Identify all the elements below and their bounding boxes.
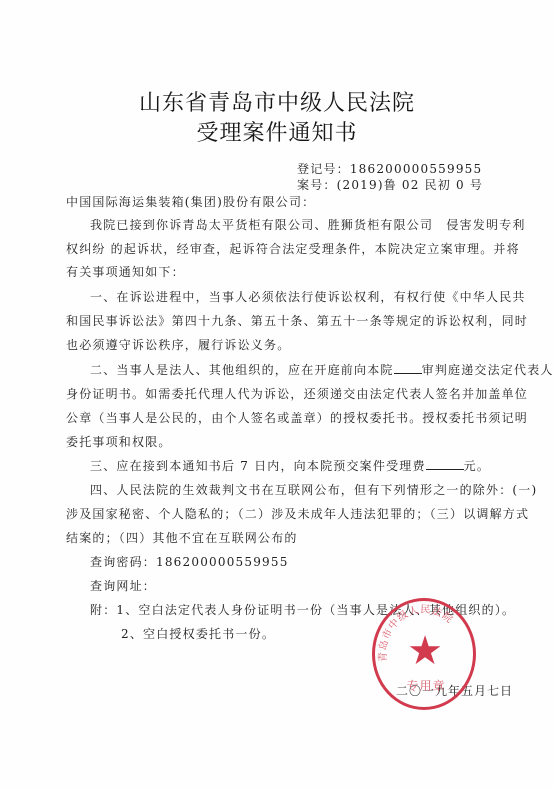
court-notice-page: 山东省青岛市中级人民法院 受理案件通知书 登记号：186200000559955… xyxy=(0,0,554,790)
item2-line-4: 委托事项和权限。 xyxy=(66,433,172,450)
item4-line-3: 结案的；（四）其他不宜在互联网公布的 xyxy=(66,529,298,546)
item1-line-2: 和国民事诉讼法》第四十九条、第五十条、第五十一条等规定的诉讼权利，同时 xyxy=(66,312,528,329)
court-division-blank xyxy=(394,362,422,374)
case-value: (2019)鲁 02 民初 0 号 xyxy=(337,178,483,192)
item2-line-3: 公章（当事人是公民的，由个人签名或盖章）的授权委托书。授权委托书须记明 xyxy=(66,409,528,426)
star-icon: ★ xyxy=(403,629,447,673)
intro-line-2: 权纠纷 的起诉状，经审查，起诉符合法定受理条件，本院决定立案审理。并将 xyxy=(66,240,520,257)
query-password-label: 查询密码： xyxy=(90,555,156,569)
item3-text-after: 元。 xyxy=(464,459,490,473)
item2-text-after: 审判庭递交法定代表人 xyxy=(422,363,554,377)
intro-line-3: 有关事项通知如下： xyxy=(66,263,185,280)
fee-amount-blank xyxy=(426,458,464,470)
intro-line-1: 我院已接到你诉青岛太平货柜有限公司、胜狮货柜有限公司 侵害发明专利 xyxy=(90,216,526,233)
registration-number: 登记号：186200000559955 xyxy=(297,160,482,177)
court-seal-stamp: 青岛市中级人民法院 ★ 专用章 xyxy=(372,598,476,710)
case-label: 案号： xyxy=(297,178,337,192)
item4-line-1: 四、人民法院的生效裁判文书在互联网公布，但有下列情形之一的除外：(一) xyxy=(90,481,537,498)
item3-line: 三、应在接到本通知书后 7 日内，向本院预交案件受理费元。 xyxy=(90,457,490,474)
registration-label: 登记号： xyxy=(297,162,350,176)
item2-text-before: 二、当事人是法人、其他组织的，应在开庭前向本院 xyxy=(90,363,394,377)
case-number: 案号：(2019)鲁 02 民初 0 号 xyxy=(297,176,483,193)
addressee: 中国国际海运集装箱(集团)股份有限公司： xyxy=(66,193,315,210)
item1-line-3: 也必须遵守诉讼秩序，履行诉讼义务。 xyxy=(66,336,290,353)
attachment-2: 2、空白授权委托书一份。 xyxy=(121,625,275,642)
item4-line-2: 涉及国家秘密、个人隐私的；（二）涉及未成年人违法犯罪的；（三）以调解方式 xyxy=(66,505,529,522)
query-password-value: 186200000559955 xyxy=(156,555,289,569)
item2-line-1: 二、当事人是法人、其他组织的，应在开庭前向本院审判庭递交法定代表人 xyxy=(90,361,554,378)
item2-line-2: 身份证明书。如需委托代理人代为诉讼，还须递交由法定代表人签名并加盖单位 xyxy=(66,385,528,402)
item1-line-1: 一、在诉讼进程中，当事人必须依法行使诉讼权利，有权行使《中华人民共 xyxy=(90,288,526,305)
registration-value: 186200000559955 xyxy=(350,162,483,176)
query-url-label: 查询网址： xyxy=(90,577,156,594)
document-title: 受理案件通知书 xyxy=(0,116,554,147)
court-name-title: 山东省青岛市中级人民法院 xyxy=(0,86,554,117)
stamp-bottom-text: 专用章 xyxy=(401,677,451,694)
item3-text-before: 三、应在接到本通知书后 7 日内，向本院预交案件受理费 xyxy=(90,459,426,473)
query-password: 查询密码：186200000559955 xyxy=(90,553,289,570)
